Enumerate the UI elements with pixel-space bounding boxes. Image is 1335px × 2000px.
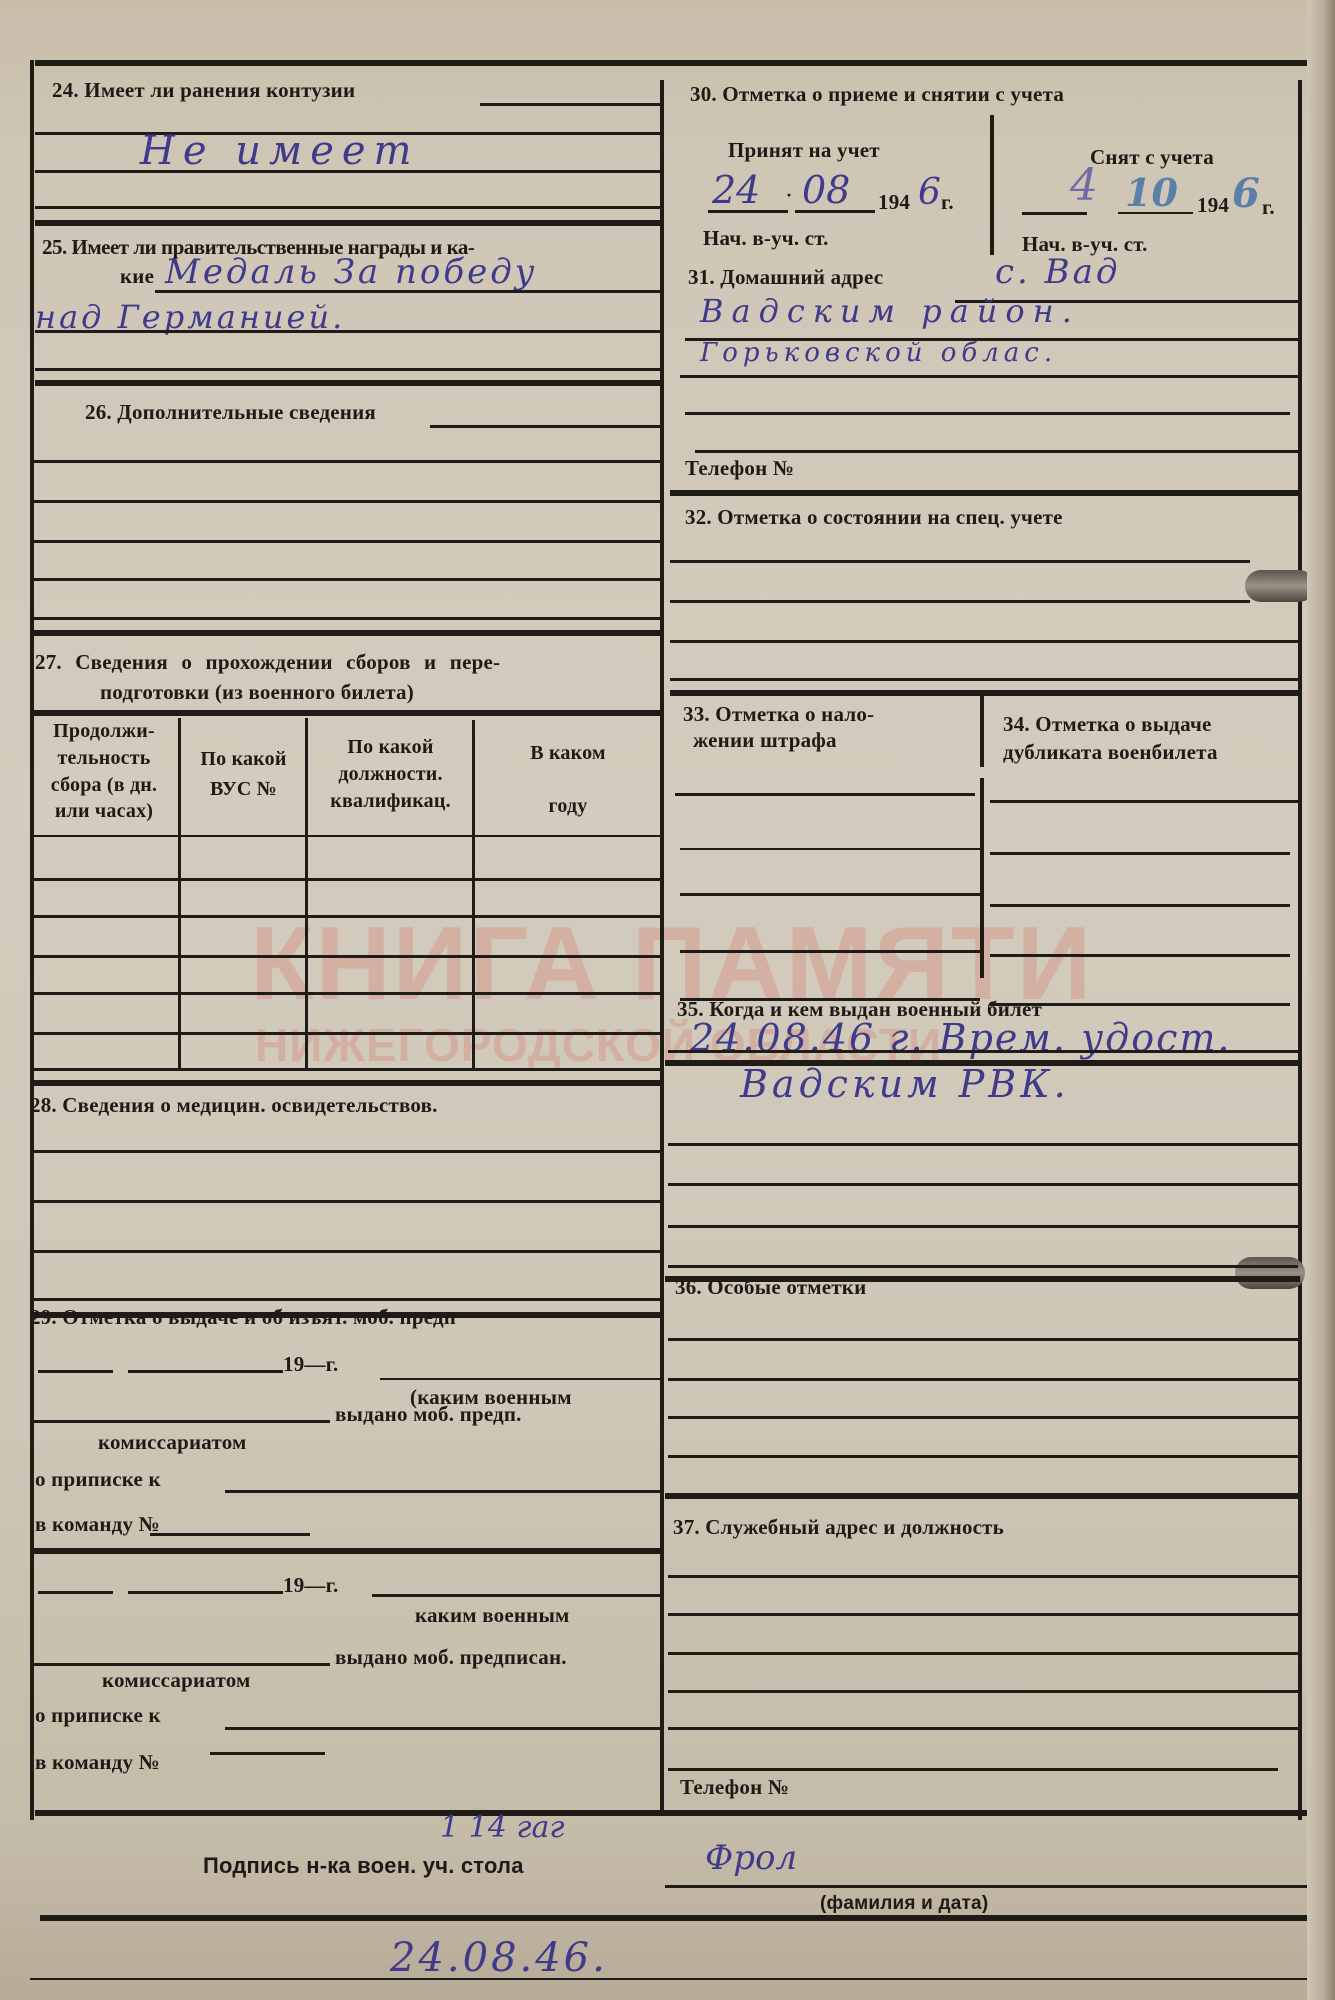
footer-top-border xyxy=(35,1810,1310,1816)
field-35-value-1: 24.08.46 г. Врем. удост. xyxy=(690,1016,1231,1060)
field-29-team-1: в команду № xyxy=(35,1512,160,1537)
table-header-1-line-4: или часах) xyxy=(30,800,178,823)
field-33-label-1: 33. Отметка о нало- xyxy=(683,702,874,727)
field-29-note-2: каким военным xyxy=(415,1603,570,1628)
removed-label: Снят с учета xyxy=(1090,145,1214,170)
field-29-commissariat-1: комиссариатом xyxy=(98,1430,247,1455)
table-header-3-line-3: квалификац. xyxy=(309,790,472,813)
accepted-day: 24 xyxy=(712,168,760,212)
signature-caption: (фамилия и дата) xyxy=(820,1893,988,1915)
column-divider xyxy=(660,80,664,1810)
left-border xyxy=(30,60,34,1820)
removed-year-prefix: 194 xyxy=(1197,193,1229,218)
field-31-value-1: с. Вад xyxy=(995,252,1120,292)
field-27-label-1: 27. Сведения о прохождении сборов и пере… xyxy=(35,650,500,675)
field-31-phone-label: Телефон № xyxy=(685,456,794,481)
table-header-2-line-1: По какой xyxy=(182,748,305,771)
field-27-label-2: подготовки (из военного билета) xyxy=(100,680,414,705)
signature: Фрол xyxy=(705,1838,797,1878)
accepted-label: Принят на учет xyxy=(728,138,880,163)
field-33-label-2: жении штрафа xyxy=(693,728,837,753)
table-header-1-line-1: Продолжи- xyxy=(30,720,178,743)
field-29-date-1: 19—г. xyxy=(283,1352,338,1377)
field-26-label: 26. Дополнительные сведения xyxy=(85,400,376,425)
removed-year-digit: 6 xyxy=(1232,170,1260,217)
accepted-month: 08 xyxy=(802,168,850,212)
accepted-year-prefix: 194 xyxy=(878,190,910,215)
footer-date: 24.08.46. xyxy=(390,1935,608,1981)
field-37-phone-label: Телефон № xyxy=(680,1775,789,1800)
field-29-issued-1: выдано моб. предп. xyxy=(335,1402,522,1427)
field-29-issued-2: выдано моб. предписан. xyxy=(335,1645,567,1670)
table-header-3-line-2: должности. xyxy=(309,763,472,786)
field-37-label: 37. Служебный адрес и должность xyxy=(673,1515,1004,1540)
removed-day: 4 xyxy=(1070,160,1098,211)
top-border xyxy=(35,60,1310,66)
binding-ring-top xyxy=(1245,570,1315,602)
table-header-1-line-2: тельность xyxy=(30,747,178,770)
field-36-label: 36. Особые отметки xyxy=(675,1275,866,1300)
field-31-value-2: Вадским район. xyxy=(700,292,1080,330)
accepted-year-digit: 6 xyxy=(918,172,941,213)
field-34-label-1: 34. Отметка о выдаче xyxy=(1003,712,1212,737)
accepted-suffix: г. xyxy=(941,190,954,215)
field-29-label: 29. Отметка о выдаче и об изъят. моб. пр… xyxy=(30,1305,456,1330)
field-29-commissariat-2: комиссариатом xyxy=(102,1668,251,1693)
binding-ring-bottom xyxy=(1235,1257,1305,1289)
field-25-label-2: кие xyxy=(120,264,154,289)
field-34-label-2: дубликата военбилета xyxy=(1003,740,1218,765)
field-31-value-3: Горьковской облас. xyxy=(700,338,1057,368)
table-header-3-line-1: По какой xyxy=(309,736,472,759)
field-24-value: Не имеет xyxy=(140,128,419,174)
page-edge xyxy=(1307,0,1335,2000)
field-31-label: 31. Домашний адрес xyxy=(688,265,883,290)
field-25-value-1: Медаль За победу xyxy=(165,252,538,292)
removed-month: 10 xyxy=(1125,170,1178,215)
table-header-1-line-3: сбора (в дн. xyxy=(30,774,178,797)
signature-label: Подпись н-ка воен. уч. стола xyxy=(203,1853,524,1879)
table-header-4-line-1: В каком xyxy=(476,742,660,765)
footer-bottom-border xyxy=(40,1915,1310,1921)
table-header-2-line-2: ВУС № xyxy=(182,778,305,801)
field-24-label: 24. Имеет ли ранения контузии xyxy=(52,78,355,103)
field-32-label: 32. Отметка о состоянии на спец. учете xyxy=(685,505,1063,530)
field-30-label: 30. Отметка о приеме и снятии с учета xyxy=(690,82,1064,107)
field-29-assign-1: о приписке к xyxy=(35,1467,161,1492)
field-29-date-2: 19—г. xyxy=(283,1573,338,1598)
footer-annotation: 1 14 гаг xyxy=(440,1810,565,1845)
field-29-team-2: в команду № xyxy=(35,1750,160,1775)
removed-suffix: г. xyxy=(1262,195,1275,220)
table-header-4-line-2: году xyxy=(476,795,660,818)
field-35-value-2: Вадским РВК. xyxy=(740,1062,1070,1106)
right-border xyxy=(1298,80,1302,1820)
document-card: КНИГА ПАМЯТИ НИЖЕГОРОДСКОЙ ОБЛАСТИ 24. И… xyxy=(0,0,1335,2000)
field-28-label: 28. Сведения о медицин. освидетельствов. xyxy=(30,1093,438,1118)
accepted-chief: Нач. в-уч. ст. xyxy=(703,226,829,251)
field-29-assign-2: о приписке к xyxy=(35,1703,161,1728)
